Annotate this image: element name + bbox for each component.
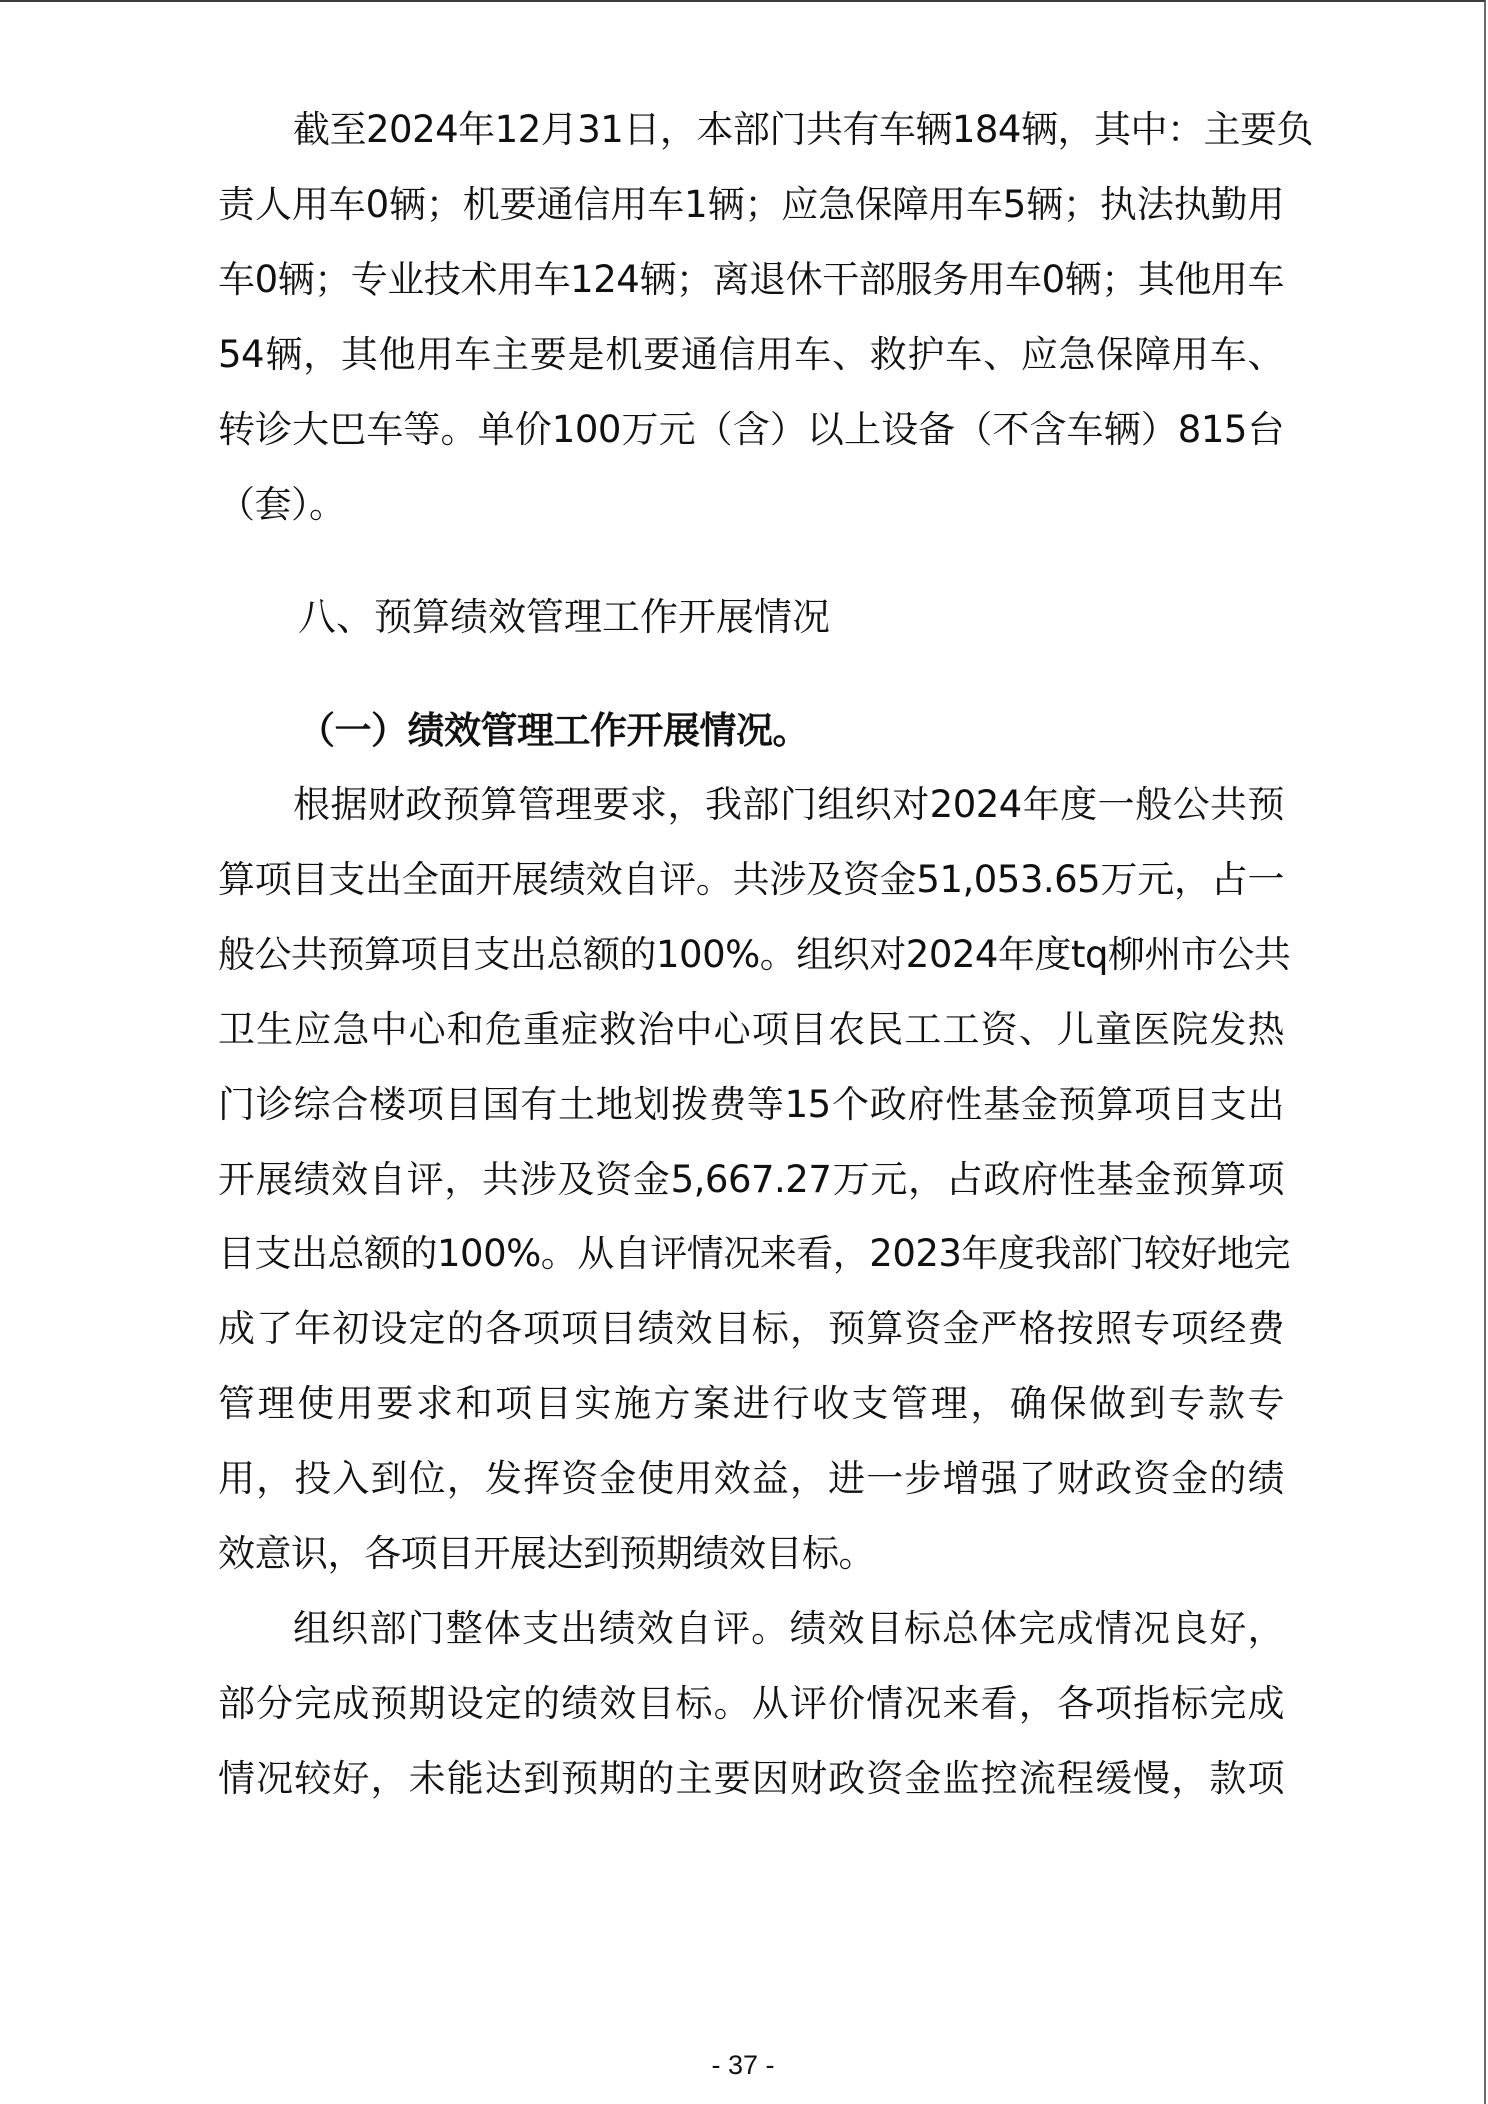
text-line: 管理使用要求和项目实施方案进行收支管理，确保做到专款专 bbox=[218, 1379, 1284, 1429]
text-line: 截至2024年12月31日，本部门共有车辆184辆，其中：主要负 bbox=[293, 105, 1284, 155]
text-line: 般公共预算项目支出总额的100%。组织对2024年度tq柳州市公共 bbox=[218, 930, 1284, 980]
text-line: 用，投入到位，发挥资金使用效益，进一步增强了财政资金的绩 bbox=[218, 1454, 1284, 1504]
text-line: 组织部门整体支出绩效自评。绩效目标总体完成情况良好， bbox=[293, 1604, 1284, 1654]
text-line: 门诊综合楼项目国有土地划拨费等15个政府性基金预算项目支出 bbox=[218, 1080, 1284, 1130]
text-line: 卫生应急中心和危重症救治中心项目农民工工资、儿童医院发热 bbox=[218, 1005, 1284, 1055]
subsection-heading: （一）绩效管理工作开展情况。 bbox=[298, 703, 809, 759]
document-page: 截至2024年12月31日，本部门共有车辆184辆，其中：主要负 责人用车0辆；… bbox=[0, 0, 1486, 2104]
text-line: 开展绩效自评，共涉及资金5,667.27万元，占政府性基金预算项 bbox=[218, 1155, 1284, 1205]
text-line: 部分完成预期设定的绩效目标。从评价情况来看，各项指标完成 bbox=[218, 1679, 1284, 1729]
text-line: 责人用车0辆；机要通信用车1辆；应急保障用车5辆；执法执勤用 bbox=[218, 180, 1284, 230]
text-line: （套）。 bbox=[218, 480, 1284, 530]
text-line: 情况较好，未能达到预期的主要因财政资金监控流程缓慢，款项 bbox=[218, 1754, 1284, 1804]
text-line: 效意识，各项目开展达到预期绩效目标。 bbox=[218, 1529, 1284, 1579]
text-line: 算项目支出全面开展绩效自评。共涉及资金51,053.65万元，占一 bbox=[218, 855, 1284, 905]
text-line: 目支出总额的100%。从自评情况来看，2023年度我部门较好地完 bbox=[218, 1229, 1284, 1279]
text-line: 转诊大巴车等。单价100万元（含）以上设备（不含车辆）815台 bbox=[218, 405, 1284, 455]
text-line: 根据财政预算管理要求，我部门组织对2024年度一般公共预 bbox=[293, 780, 1284, 830]
page-number: - 37 - bbox=[0, 2048, 1486, 2082]
text-line: 车0辆；专业技术用车124辆；离退休干部服务用车0辆；其他用车 bbox=[218, 255, 1284, 305]
text-line: 成了年初设定的各项项目绩效目标，预算资金严格按照专项经费 bbox=[218, 1304, 1284, 1354]
text-line: 54辆，其他用车主要是机要通信用车、救护车、应急保障用车、 bbox=[218, 330, 1284, 380]
section-heading: 八、预算绩效管理工作开展情况 bbox=[298, 589, 830, 645]
